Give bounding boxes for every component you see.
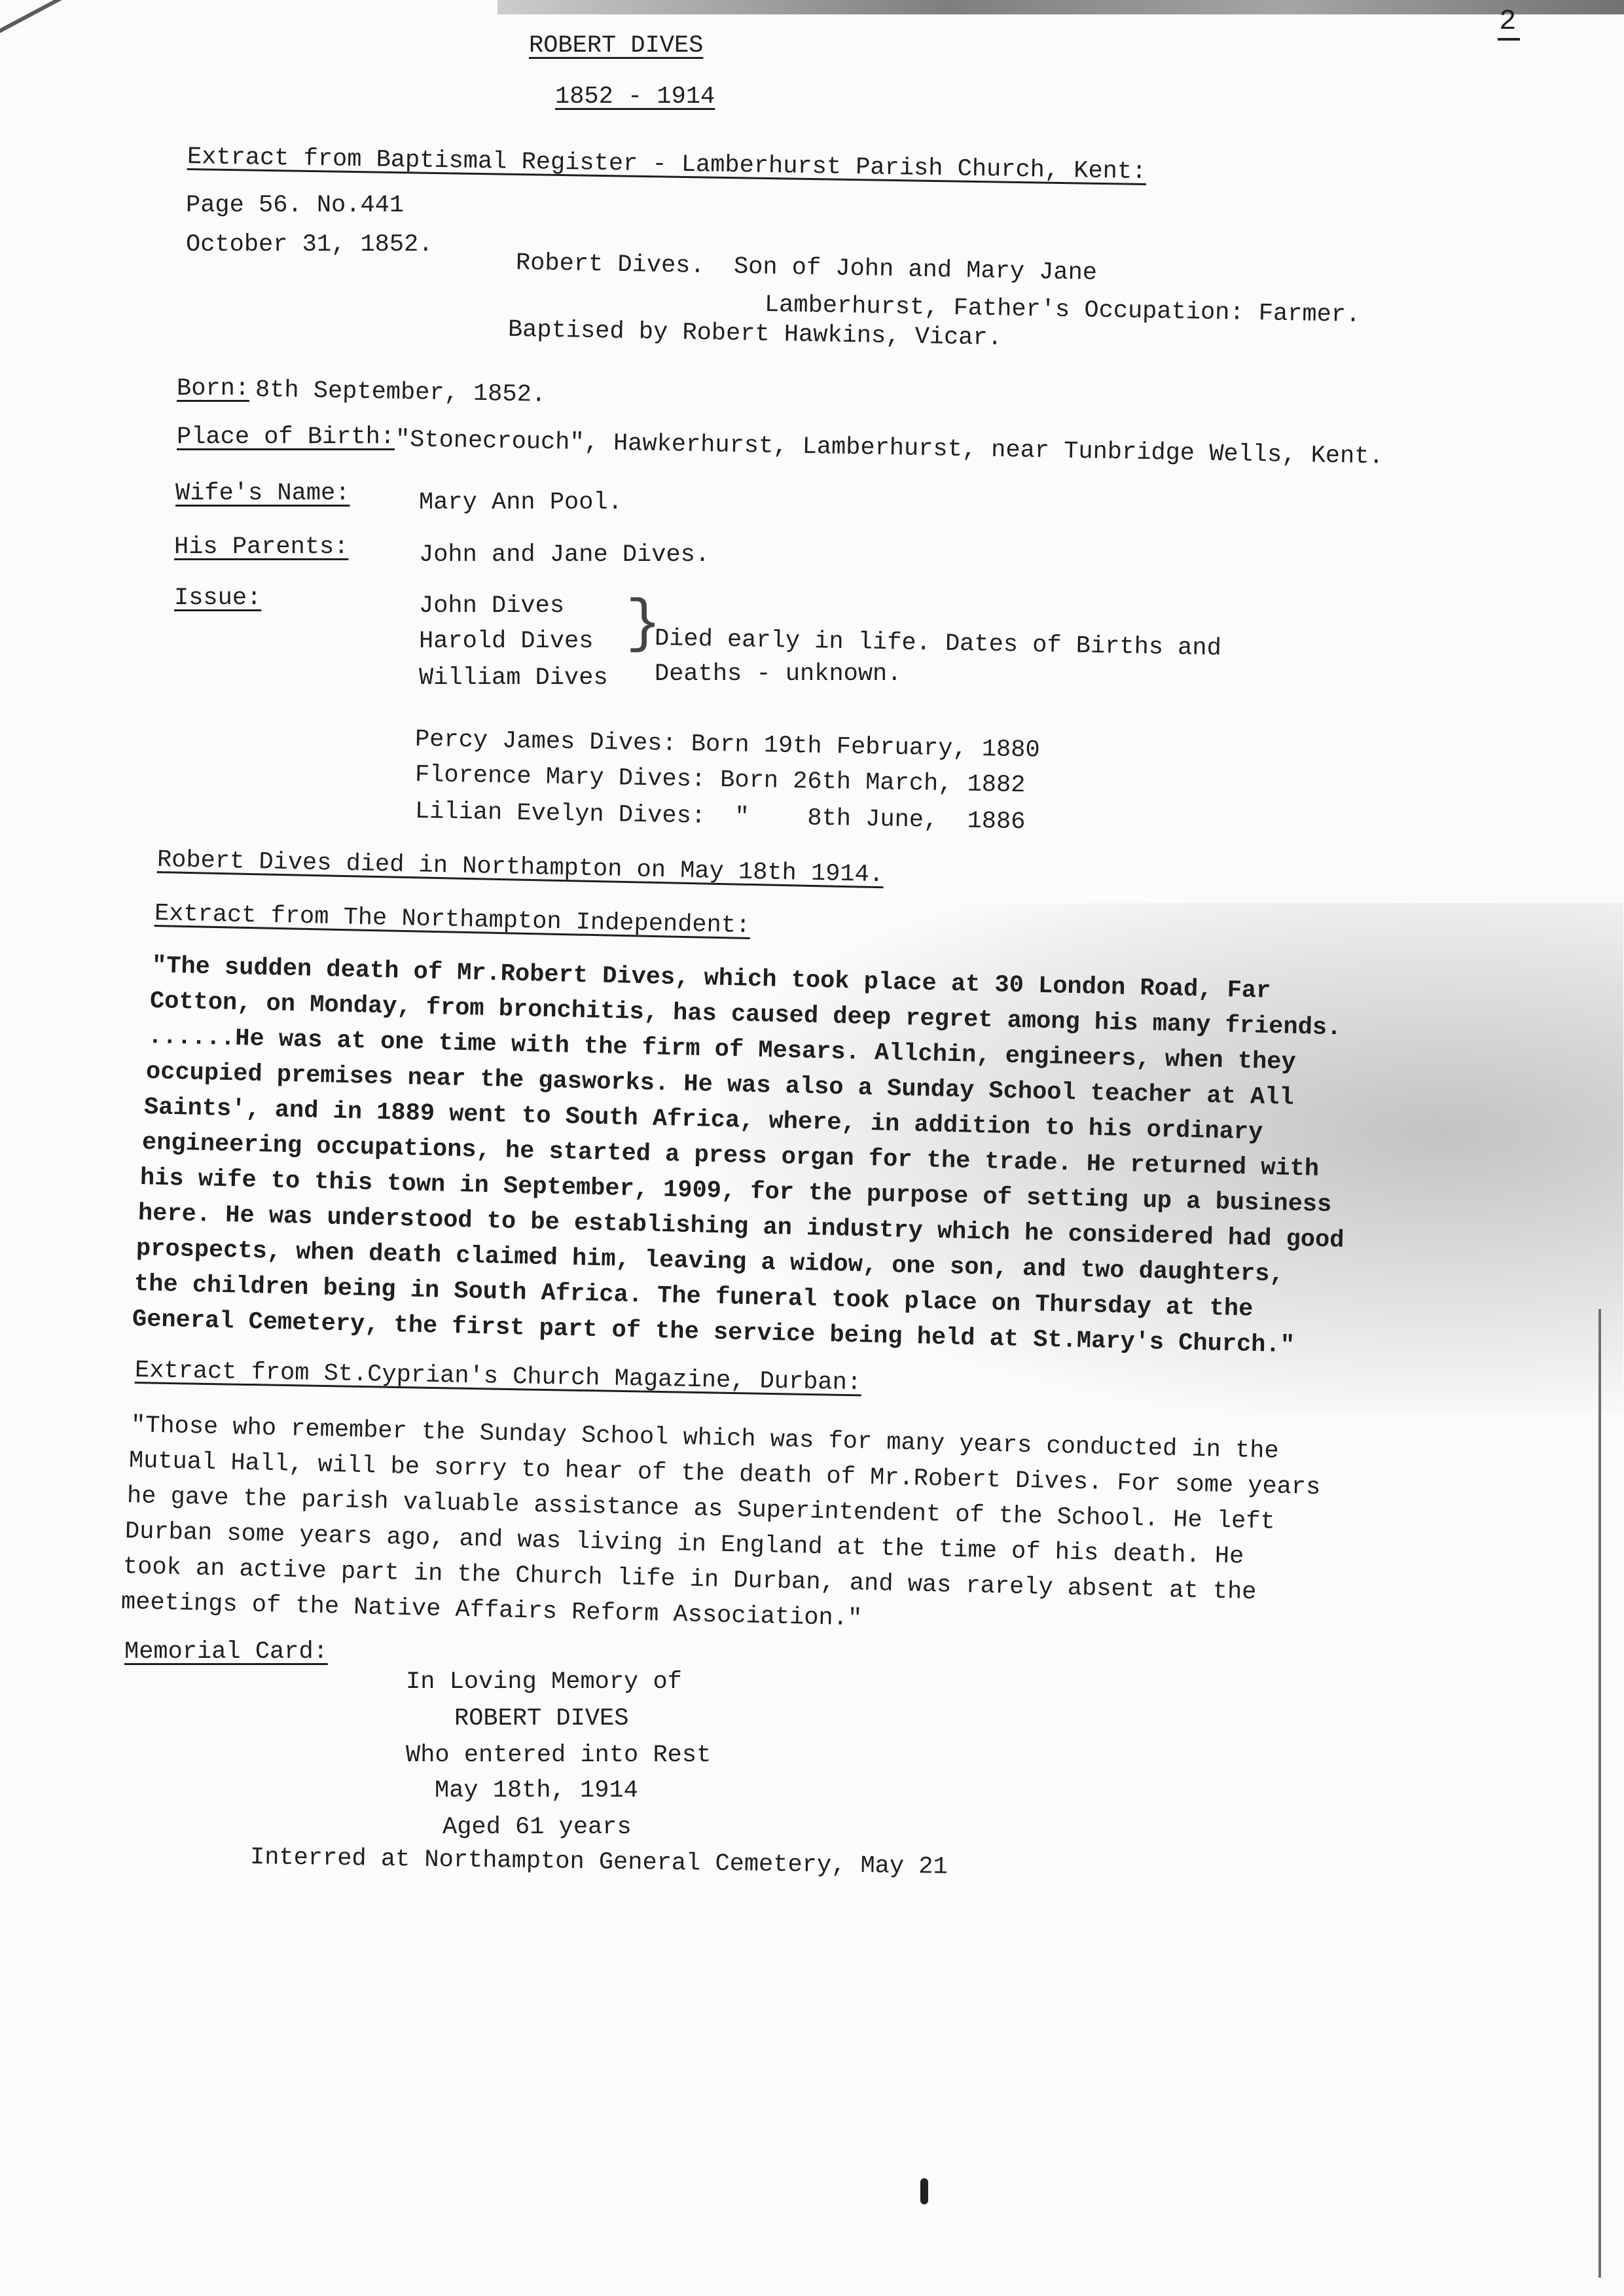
memorial-line: ROBERT DIVES bbox=[454, 1707, 628, 1731]
issue-child: John Dives bbox=[419, 594, 564, 619]
place-of-birth-label: Place of Birth: bbox=[177, 425, 395, 450]
memorial-line: Aged 61 years bbox=[442, 1816, 632, 1840]
death-line: Robert Dives died in Northampton on May … bbox=[157, 848, 884, 888]
parents-label: His Parents: bbox=[174, 535, 348, 560]
issue-child: William Dives bbox=[419, 666, 608, 691]
scan-fold-line bbox=[0, 0, 317, 43]
parents-value: John and Jane Dives. bbox=[419, 543, 710, 567]
scan-speck bbox=[920, 2178, 928, 2204]
scan-edge-right bbox=[1598, 1309, 1601, 2278]
memorial-heading: Memorial Card: bbox=[124, 1640, 328, 1664]
memorial-interred: Interred at Northampton General Cemetery… bbox=[250, 1846, 948, 1880]
baptism-page-ref: Page 56. No.441 bbox=[186, 194, 404, 218]
document-years: 1852 - 1914 bbox=[555, 85, 715, 109]
born-value: 8th September, 1852. bbox=[255, 378, 547, 408]
page-number-dash bbox=[1498, 38, 1520, 41]
document-title: ROBERT DIVES bbox=[529, 34, 703, 58]
issue-label: Issue: bbox=[174, 586, 261, 611]
wife-label: Wife's Name: bbox=[175, 482, 350, 506]
issue-child-later: Florence Mary Dives: Born 26th March, 18… bbox=[415, 763, 1026, 798]
memorial-line: In Loving Memory of bbox=[406, 1670, 682, 1695]
scan-shadow-top bbox=[497, 0, 1624, 14]
issue-note-2: Deaths - unknown. bbox=[655, 662, 901, 687]
page-number: 2 bbox=[1499, 5, 1516, 38]
issue-note-1: Died early in life. Dates of Births and bbox=[655, 627, 1221, 661]
extract-line: meetings of the Native Affairs Reform As… bbox=[121, 1590, 863, 1632]
issue-child-later: Lilian Evelyn Dives: " 8th June, 1886 bbox=[415, 800, 1026, 834]
wife-value: Mary Ann Pool. bbox=[419, 491, 623, 515]
born-label: Born: bbox=[177, 377, 249, 401]
issue-child-later: Percy James Dives: Born 19th February, 1… bbox=[415, 728, 1040, 763]
baptism-date: October 31, 1852. bbox=[186, 233, 433, 257]
independent-heading: Extract from The Northampton Independent… bbox=[154, 902, 751, 939]
issue-child: Harold Dives bbox=[419, 630, 593, 654]
document-page: 2 ROBERT DIVES 1852 - 1914 Extract from … bbox=[0, 0, 1624, 2296]
baptism-entry-3: Baptised by Robert Hawkins, Vicar. bbox=[508, 318, 1002, 351]
memorial-line: Who entered into Rest bbox=[406, 1744, 711, 1768]
baptism-heading: Extract from Baptismal Register - Lamber… bbox=[187, 145, 1147, 185]
baptism-entry-1: Robert Dives. Son of John and Mary Jane bbox=[516, 251, 1098, 285]
place-of-birth-value: "Stonecrouch", Hawkerhurst, Lamberhurst,… bbox=[395, 428, 1384, 469]
memorial-line: May 18th, 1914 bbox=[435, 1779, 638, 1803]
